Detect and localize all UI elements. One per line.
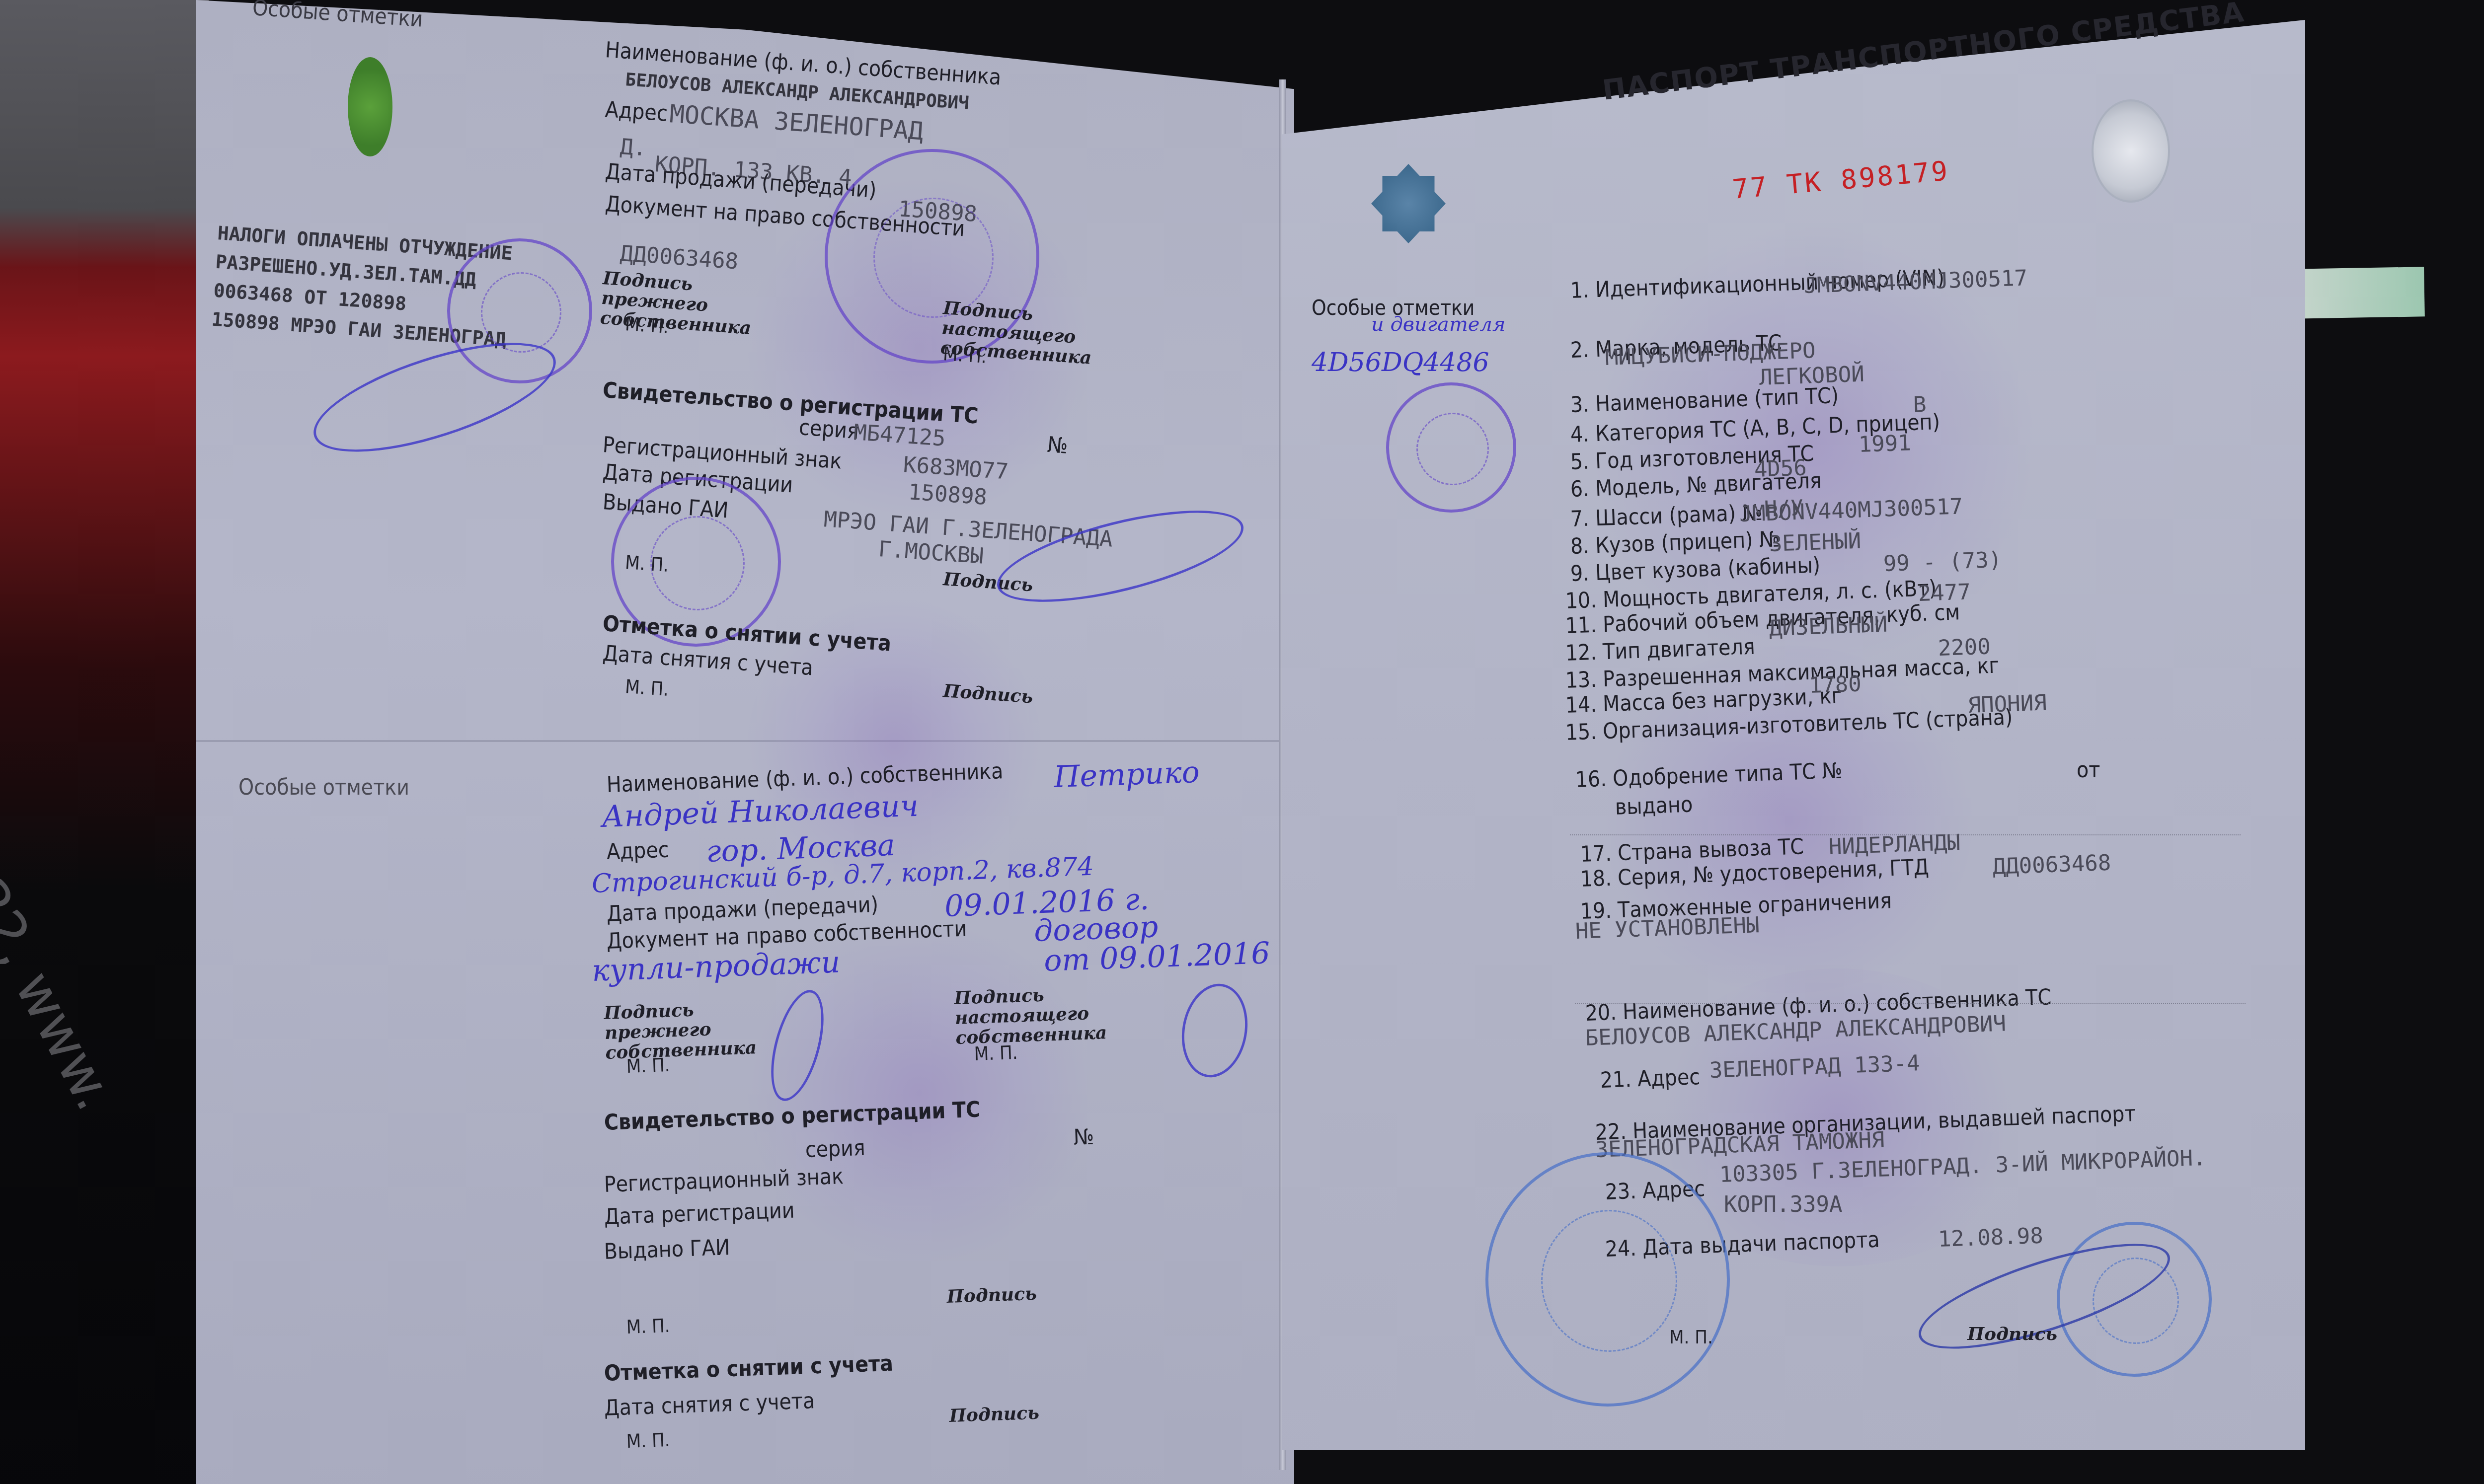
field-label: выдано [1615, 792, 1693, 820]
customs-stamp-icon [1386, 382, 1516, 513]
owner-value-line1: Петрико [1053, 755, 1200, 795]
field-value: 1780 [1808, 671, 1862, 698]
microprint-divider [1570, 834, 2241, 836]
special-marks-handwritten-1: и двигателя [1371, 313, 1506, 336]
field-value: ЗЕЛЕНЫЙ [1769, 528, 1862, 557]
mp-label: М. П. [624, 551, 670, 576]
field-value: 2200 [1938, 634, 1991, 661]
mp-label: М. П. [626, 1054, 670, 1077]
blue-security-seal-icon [1371, 164, 1446, 243]
field-suffix: от [2077, 757, 2100, 783]
field-value: ЛЕГКОВОЙ [1759, 362, 1865, 390]
special-marks-handwritten-2: 4D56DQ4486 [1312, 348, 1489, 377]
address-label: Адрес [606, 837, 669, 865]
field-value: ДИЗЕЛЬНЫЙ [1769, 612, 1888, 641]
field-value: 2477 [1918, 579, 1971, 606]
mp-label: М. П. [626, 1315, 670, 1338]
field-value: 99 - (73) [1883, 547, 2002, 577]
series-label: серия [798, 415, 859, 444]
field-value: 12.08.98 [1938, 1223, 2044, 1252]
signature-label: Подпись [949, 1403, 1039, 1426]
field-value: 4D56 [1754, 455, 1807, 482]
page-fold [196, 740, 1289, 742]
signature-label: Подпись [1967, 1324, 2057, 1344]
mp-label: М. П. [1669, 1326, 1713, 1348]
prev-owner-signature-label: Подпись прежнего собственника [600, 268, 753, 338]
mp-label: М. П. [942, 343, 988, 368]
curr-owner-signature-label: Подпись настоящего собственника [954, 981, 1164, 1048]
number-label: № [1073, 1124, 1094, 1150]
mp-label: М. П. [624, 675, 670, 700]
prev-owner-signature-label: Подпись прежнего собственника [604, 998, 755, 1063]
address-value-2: Д. [619, 134, 647, 161]
number-label: № [1046, 432, 1069, 459]
mp-label: М. П. [626, 1429, 670, 1452]
series-label: серия [805, 1135, 866, 1163]
customs-round-stamp-icon [1485, 1152, 1730, 1407]
address-label: Адрес [604, 97, 668, 127]
field-value-2: КОРП.339А [1724, 1192, 1842, 1217]
field-value: 1991 [1858, 430, 1912, 457]
mp-label: М. П. [624, 313, 670, 338]
green-security-seal-icon [348, 57, 392, 156]
microprint-divider [1575, 1003, 2246, 1005]
signature-label: Подпись [946, 1283, 1037, 1307]
field-value: B [1913, 392, 1927, 418]
field-label: 21. Адрес [1600, 1064, 1701, 1093]
hologram-icon [2092, 99, 2170, 203]
issued-label: Выдано ГАИ [604, 1235, 730, 1264]
mp-label: М. П. [974, 1041, 1018, 1065]
field-value: ДД0063468 [1992, 850, 2111, 880]
special-marks-label: Особые отметки [238, 775, 409, 800]
background-surface [0, 0, 209, 1484]
field-value: ЯПОНИЯ [1967, 690, 2047, 718]
